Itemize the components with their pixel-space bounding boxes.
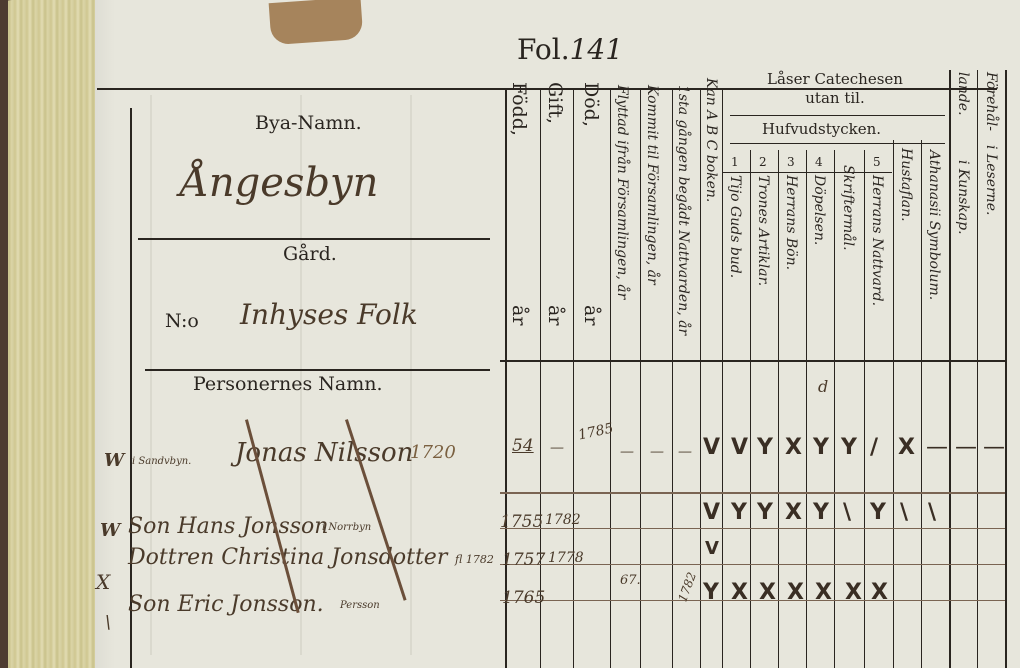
catechism-header: Låser Catechesen utan til.: [755, 70, 915, 108]
abc-mark: Y: [703, 582, 719, 604]
header-bottom-rule: [500, 360, 1005, 362]
catechism-mark: X: [785, 437, 802, 459]
catechism-mark: X: [815, 582, 832, 604]
col-i-kunskap: i Kunskap.: [955, 160, 971, 235]
catechism-mark: X: [898, 437, 915, 459]
row-rule: [500, 600, 1005, 601]
catechism-mark: V: [731, 437, 748, 459]
col-tijo-guds-bud: Tijo Guds bud.: [727, 175, 743, 278]
row-rule: [500, 492, 1005, 494]
col-abc: Kan A B C boken.: [703, 78, 719, 202]
catechism-mark: Y: [813, 437, 829, 459]
ghost-line: [150, 95, 152, 655]
col-herrans-bon: Herrans Bön.: [783, 175, 799, 270]
margin-mark: W: [100, 520, 120, 541]
hufvud-number-4: 4: [815, 155, 823, 169]
person-name: Jonas Nilsson: [235, 438, 413, 468]
persons-label: Personernes Namn.: [193, 373, 383, 395]
col-fodd-unit: år: [508, 305, 530, 325]
col-gift-unit: år: [544, 305, 566, 325]
catechism-mark: —: [926, 437, 948, 459]
person-note: i Sandvbyn.: [132, 456, 191, 467]
col-rule: [750, 150, 751, 668]
abc-mark: V: [703, 437, 720, 459]
catechism-mark: Y: [813, 502, 829, 524]
row-rule: [500, 528, 1005, 529]
catechism-mark: Y: [870, 502, 886, 524]
catechism-divider: [730, 115, 945, 116]
col-rule: [834, 150, 835, 668]
folio-number: Fol.141: [517, 33, 623, 66]
folio-value: 141: [570, 33, 623, 66]
col-kommit: Kommit til Församlingen, år: [644, 85, 660, 285]
col-rule: [864, 150, 865, 668]
kommit-value: 67.: [620, 573, 641, 588]
col-rule: [722, 88, 723, 668]
col-hustaflan: Hustaflan.: [898, 148, 914, 222]
abc-mark: V: [705, 540, 719, 558]
col-rule: [778, 150, 779, 668]
col-forehall: Förehål-: [983, 72, 999, 131]
folio-prefix: Fol.: [517, 33, 570, 66]
person-year: 1720: [410, 442, 456, 463]
person-name: Son Hans Jonsson: [128, 514, 328, 539]
number-divider: [722, 172, 892, 173]
catechism-mark: X: [787, 582, 804, 604]
gift-value: 1782: [545, 512, 581, 528]
person-note: Persson: [340, 600, 380, 611]
col-trones-artiklar: Trones Artiklar.: [755, 175, 771, 286]
number-label: N:o: [165, 310, 199, 332]
bookmark-tab: [269, 0, 364, 45]
hufvud-number-1: 1: [731, 155, 739, 169]
farm-value: Inhyses Folk: [240, 298, 418, 331]
catechism-mark: Y: [757, 437, 773, 459]
gift-value: 1778: [548, 550, 584, 566]
col-i-lasverne: i Leserne.: [983, 145, 999, 215]
village-divider: [138, 238, 490, 240]
person-note: i Norrbyn: [322, 522, 371, 533]
col-gift: Gift,: [544, 82, 566, 124]
catechism-mark: Y: [757, 502, 773, 524]
catechism-mark: X: [759, 582, 776, 604]
person-note: fl 1782: [455, 553, 494, 566]
fodd-value: 1765: [502, 588, 545, 608]
book-spine-shadow: [0, 0, 8, 668]
col-rule: [921, 140, 922, 668]
col-dod-unit: år: [580, 305, 602, 325]
catechism-mark: X: [731, 582, 748, 604]
hufvud-divider: [730, 143, 945, 144]
hufvud-number-3: 3: [787, 155, 795, 169]
margin-mark: \: [105, 612, 111, 633]
person-name: Dottren Christina Jonsdotter: [128, 545, 447, 570]
hufvud-number-2: 2: [759, 155, 767, 169]
col-rule: [573, 88, 574, 668]
catechism-mark: X: [785, 502, 802, 524]
catechism-mark: /: [870, 437, 878, 459]
col-athanasii: Athanasii Symbolum.: [926, 150, 942, 300]
margin-mark: W: [104, 450, 124, 471]
catechism-mark: \: [900, 502, 908, 524]
col-rule: [893, 140, 894, 668]
catechism-mark: Y: [731, 502, 747, 524]
fodd-value: 1757: [502, 550, 545, 570]
book-page-edges: [0, 0, 95, 668]
nattvard-value: —: [678, 444, 692, 460]
column-note: d: [818, 377, 828, 396]
kommit-value: —: [650, 444, 664, 460]
catechism-mark: \: [843, 502, 851, 524]
margin-mark: X: [96, 570, 110, 594]
col-dopelsen: Döpelsen.: [811, 175, 827, 245]
abc-mark: V: [703, 502, 720, 524]
col-rule: [672, 88, 673, 668]
col-flyttad: Flyttad ifrån Församlingen, år: [614, 85, 630, 299]
col-rule: [977, 70, 978, 668]
col-dod: Död,: [580, 82, 602, 127]
farm-label: Gård.: [283, 243, 337, 265]
gift-value: —: [550, 440, 564, 456]
left-rule: [130, 108, 132, 668]
catechism-mark: —: [983, 437, 1005, 459]
col-rule: [610, 88, 611, 668]
fodd-value: 1755: [500, 512, 543, 532]
catechism-mark: \: [928, 502, 936, 524]
col-rule: [505, 88, 507, 668]
col-forsta-gangen: 1sta gången begådt Nattvarden, år: [675, 85, 691, 335]
col-fodd: Född,: [508, 82, 530, 136]
catechism-mark: Y: [841, 437, 857, 459]
hufvud-number-5: 5: [873, 155, 881, 169]
fodd-value: 54: [512, 436, 534, 456]
catechism-mark: X: [871, 582, 888, 604]
village-label: Bya-Namn.: [255, 112, 362, 134]
farm-divider: [145, 369, 490, 371]
flyttad-value: —: [620, 444, 634, 460]
col-rule: [806, 150, 807, 668]
col-forehall-lande: lande.: [955, 72, 971, 116]
col-skriftermal: Skriftermål.: [840, 165, 856, 251]
col-rule: [949, 70, 951, 668]
col-herrans-nattvard: Herrans Nattvard.: [869, 175, 885, 306]
col-rule: [540, 88, 541, 668]
col-rule: [700, 88, 701, 668]
village-value: Ångesbyn: [180, 160, 378, 206]
ghost-line: [410, 95, 412, 655]
col-rule: [1005, 70, 1007, 668]
hufvud-header: Hufvudstycken.: [762, 120, 881, 138]
catechism-mark: —: [955, 437, 977, 459]
catechism-mark: X: [845, 582, 862, 604]
